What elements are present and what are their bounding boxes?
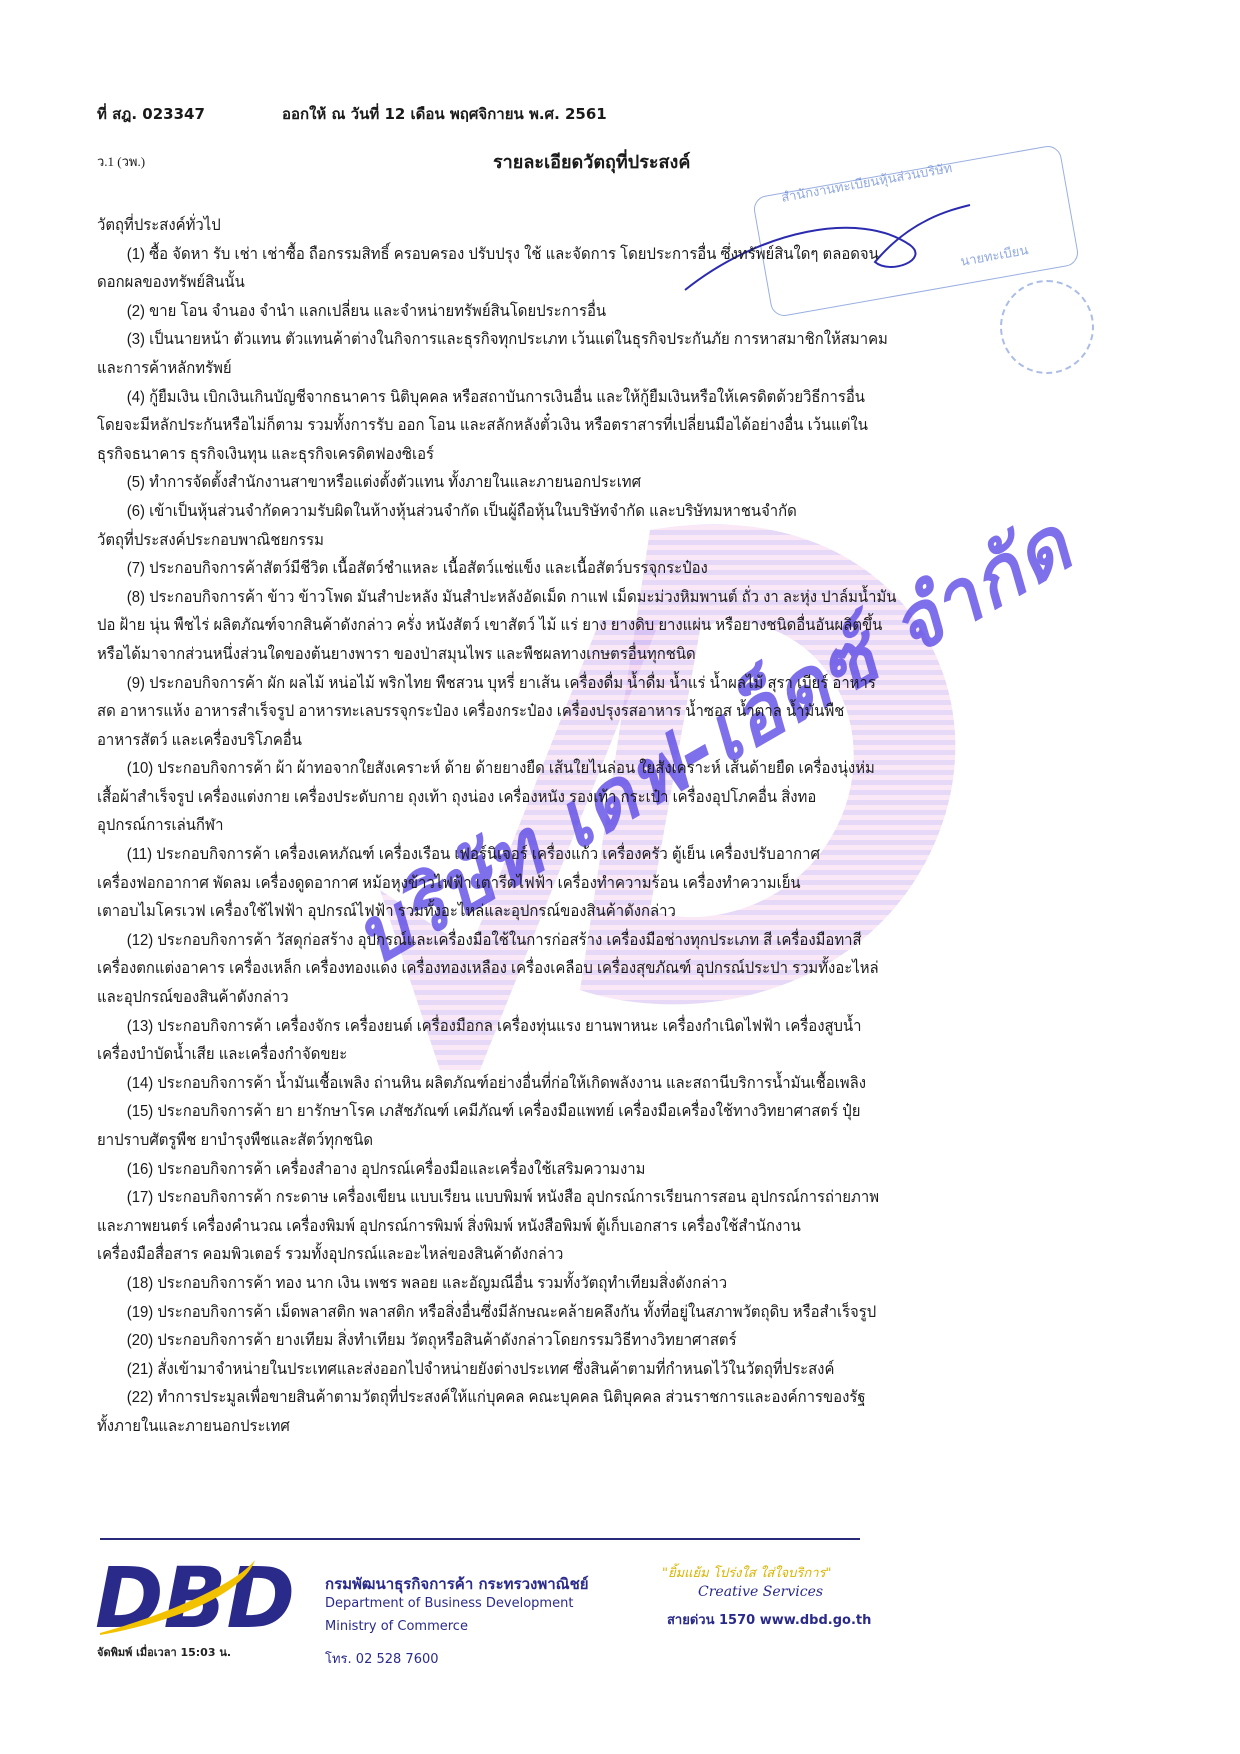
text-line: (1) ซื้อ จัดหา รับ เช่า เช่าซื้อ ถือกรรม… [97,241,1018,270]
text-line: อาหารสัตว์ และเครื่องบริโภคอื่น [97,727,1018,756]
creative-services: Creative Services [698,1584,823,1600]
text-line: ทั้งภายในและภายนอกประเทศ [97,1413,1018,1442]
document-page: สำนักงานทะเบียนหุ้นส่วนบริษัท นายทะเบียน… [0,0,1240,1754]
text-line: เครื่องตกแต่งอาคาร เครื่องเหล็ก เครื่องท… [97,955,1018,984]
ministry-name: Ministry of Commerce [325,1619,468,1634]
text-line: เครื่องมือสื่อสาร คอมพิวเตอร์ รวมทั้งอุป… [97,1241,1018,1270]
form-code: ว.1 (วพ.) [97,151,145,172]
text-line: (8) ประกอบกิจการค้า ข้าว ข้าวโพด มันสำปะ… [97,584,1018,613]
text-line: หรือได้มาจากส่วนหนึ่งส่วนใดของต้นยางพารา… [97,641,1018,670]
text-line: (15) ประกอบกิจการค้า ยา ยารักษาโรค เภสัช… [97,1098,1018,1127]
text-line: วัตถุที่ประสงค์ประกอบพาณิชยกรรม [97,527,1018,556]
text-line: (21) สั่งเข้ามาจำหน่ายในประเทศและส่งออกไ… [97,1356,1018,1385]
text-line: วัตถุที่ประสงค์ทั่วไป [97,212,1018,241]
text-line: (18) ประกอบกิจการค้า ทอง นาก เงิน เพชร พ… [97,1270,1018,1299]
text-line: (10) ประกอบกิจการค้า ผ้า ผ้าทอจากใยสังเค… [97,755,1018,784]
text-line: (13) ประกอบกิจการค้า เครื่องจักร เครื่อง… [97,1013,1018,1042]
text-line: ธุรกิจธนาคาร ธุรกิจเงินทุน และธุรกิจเครด… [97,441,1018,470]
text-line: ยาปราบศัตรูพืช ยาบำรุงพืชและสัตว์ทุกชนิด [97,1127,1018,1156]
phone-number: โทร. 02 528 7600 [325,1648,439,1669]
page-title: รายละเอียดวัตถุที่ประสงค์ [493,147,690,176]
text-line: โดยจะมีหลักประกันหรือไม่ก็ตาม รวมทั้งการ… [97,412,1018,441]
text-line: (12) ประกอบกิจการค้า วัสดุก่อสร้าง อุปกร… [97,927,1018,956]
text-line: (16) ประกอบกิจการค้า เครื่องสำอาง อุปกรณ… [97,1156,1018,1185]
text-line: และอุปกรณ์ของสินค้าดังกล่าว [97,984,1018,1013]
department-name-english: Department of Business Development [325,1596,573,1611]
text-line: (20) ประกอบกิจการค้า ยางเทียม สิ่งทำเทีย… [97,1327,1018,1356]
footer-divider [100,1538,860,1540]
text-line: (17) ประกอบกิจการค้า กระดาษ เครื่องเขียน… [97,1184,1018,1213]
text-line: เครื่องฟอกอากาศ พัดลม เครื่องดูดอากาศ หม… [97,870,1018,899]
hotline-website: สายด่วน 1570 www.dbd.go.th [667,1609,871,1630]
text-line: (4) กู้ยืมเงิน เบิกเงินเกินบัญชีจากธนาคา… [97,384,1018,413]
text-line: อุปกรณ์การเล่นกีฬา [97,812,1018,841]
text-line: (6) เข้าเป็นหุ้นส่วนจำกัดความรับผิดในห้า… [97,498,1018,527]
text-line: (14) ประกอบกิจการค้า น้ำมันเชื้อเพลิง ถ่… [97,1070,1018,1099]
registration-number: ที่ สฎ. 023347 [97,102,205,126]
print-time: จัดพิมพ์ เมื่อเวลา 15:03 น. [97,1643,231,1661]
text-line: และการค้าหลักทรัพย์ [97,355,1018,384]
stamp-top-text: สำนักงานทะเบียนหุ้นส่วนบริษัท [779,157,953,208]
text-line: ปอ ฝ้าย นุ่น พืชไร่ ผลิตภัณฑ์จากสินค้าดั… [97,612,1018,641]
text-line: เตาอบไมโครเวฟ เครื่องใช้ไฟฟ้า อุปกรณ์ไฟฟ… [97,898,1018,927]
text-line: สด อาหารแห้ง อาหารสำเร็จรูป อาหารทะเลบรร… [97,698,1018,727]
text-line: (9) ประกอบกิจการค้า ผัก ผลไม้ หน่อไม้ พร… [97,670,1018,699]
objectives-text: วัตถุที่ประสงค์ทั่วไป(1) ซื้อ จัดหา รับ … [97,212,1018,1442]
text-line: และภาพยนตร์ เครื่องคำนวณ เครื่องพิมพ์ อุ… [97,1213,1018,1242]
department-name-thai: กรมพัฒนาธุรกิจการค้า กระทรวงพาณิชย์ [325,1572,589,1596]
text-line: (7) ประกอบกิจการค้าสัตว์มีชีวิต เนื้อสัต… [97,555,1018,584]
slogan: "ยิ้มแย้ม โปร่งใส ใส่ใจบริการ" [662,1562,831,1583]
text-line: เครื่องบำบัดน้ำเสีย และเครื่องกำจัดขยะ [97,1041,1018,1070]
text-line: (22) ทำการประมูลเพื่อขายสินค้าตามวัตถุที… [97,1384,1018,1413]
text-line: เสื้อผ้าสำเร็จรูป เครื่องแต่งกาย เครื่อง… [97,784,1018,813]
text-line: (3) เป็นนายหน้า ตัวแทน ตัวแทนค้าต่างในกิ… [97,326,1018,355]
text-line: (19) ประกอบกิจการค้า เม็ดพลาสติก พลาสติก… [97,1299,1018,1328]
dbd-logo-icon: DBD [95,1555,305,1635]
text-line: (2) ขาย โอน จำนอง จำนำ แลกเปลี่ยน และจำห… [97,298,1018,327]
text-line: ดอกผลของทรัพย์สินนั้น [97,269,1018,298]
text-line: (5) ทำการจัดตั้งสำนักงานสาขาหรือแต่งตั้ง… [97,469,1018,498]
text-line: (11) ประกอบกิจการค้า เครื่องเคหภัณฑ์ เคร… [97,841,1018,870]
issue-date: ออกให้ ณ วันที่ 12 เดือน พฤศจิกายน พ.ศ. … [282,102,607,126]
svg-text:DBD: DBD [95,1555,295,1635]
